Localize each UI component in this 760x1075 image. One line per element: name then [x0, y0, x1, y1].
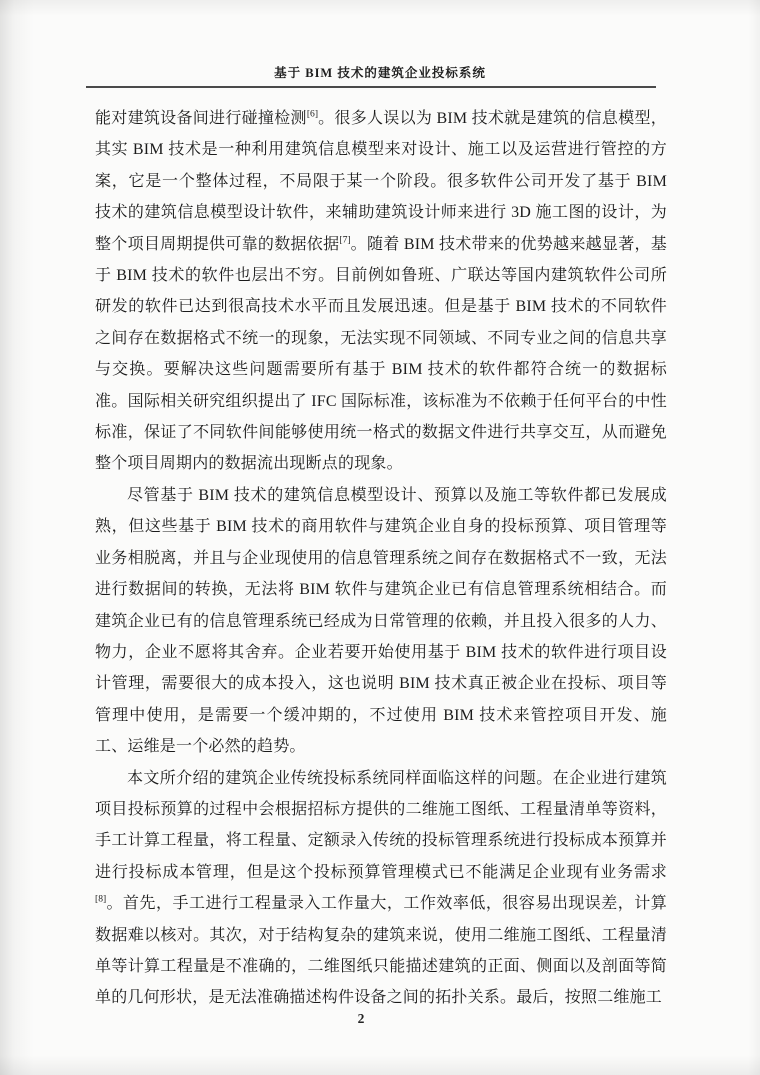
paragraph-1-text: 能对建筑设备间进行碰撞检测	[95, 110, 307, 127]
paragraph-2: 尽管基于 BIM 技术的建筑信息模型设计、预算以及施工等软件都已发展成熟，但这些…	[95, 480, 667, 763]
paragraph-3-text: 本文所介绍的建筑企业传统投标系统同样面临这样的问题。在企业进行建筑项目投标预算的…	[95, 770, 667, 881]
footnote-ref-8: [8]	[95, 894, 106, 905]
footnote-ref-7: [7]	[339, 234, 350, 245]
paragraph-3: 本文所介绍的建筑企业传统投标系统同样面临这样的问题。在企业进行建筑项目投标预算的…	[95, 763, 667, 1014]
running-title: 基于 BIM 技术的建筑企业投标系统	[0, 63, 760, 81]
paragraph-1-text: 。随着 BIM 技术带来的优势越来越显著，基于 BIM 技术的软件也层出不穷。目…	[95, 236, 667, 473]
paragraph-3-text: 。首先，手工进行工程量录入工作量大，工作效率低，很容易出现误差，计算数据难以核对…	[95, 895, 667, 1006]
header-rule	[86, 86, 656, 88]
paragraph-1-text: 。很多人误以为 BIM 技术就是建筑的信息模型，其实 BIM 技术是一种利用建筑…	[95, 110, 667, 253]
footnote-ref-6: [6]	[307, 109, 318, 120]
paragraph-2-text: 尽管基于 BIM 技术的建筑信息模型设计、预算以及施工等软件都已发展成熟，但这些…	[95, 487, 667, 755]
document-page: 基于 BIM 技术的建筑企业投标系统 能对建筑设备间进行碰撞检测[6]。很多人误…	[0, 0, 760, 1075]
document-body: 能对建筑设备间进行碰撞检测[6]。很多人误以为 BIM 技术就是建筑的信息模型，…	[95, 103, 667, 1014]
paragraph-1: 能对建筑设备间进行碰撞检测[6]。很多人误以为 BIM 技术就是建筑的信息模型，…	[95, 103, 667, 480]
page-number: 2	[0, 1011, 722, 1027]
